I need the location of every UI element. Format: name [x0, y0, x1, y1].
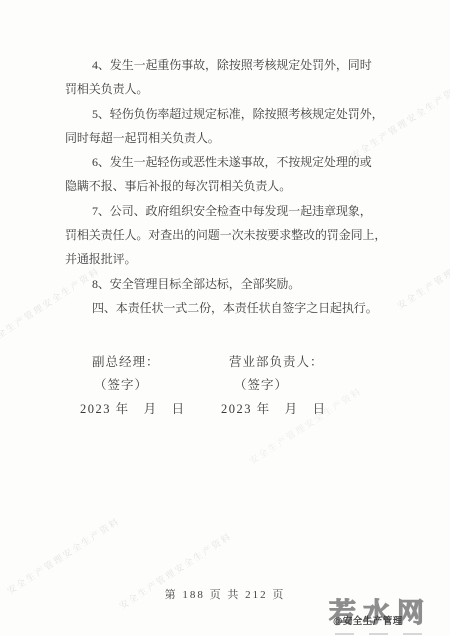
signature-date-left: 2023 年 月 日	[80, 399, 186, 417]
signature-date-right: 2023 年 月 日	[221, 399, 327, 417]
site-watermark-logo: 若水网 @安全生产管理	[329, 598, 447, 634]
signer-title-deputy-gm: 副总经理：	[92, 352, 160, 370]
logo-account-handle: @安全生产管理	[333, 613, 403, 627]
signature-placeholder-left: （签字）	[94, 375, 148, 393]
document-page: 安全生产管理安全生产资料 安全生产管理安全生产资料 安全生产管理安全生产资料 安…	[0, 0, 450, 636]
clause-line: 5、轻伤负伤率超过规定标准，除按照考核规定处罚外，	[65, 102, 383, 126]
diagonal-watermark: 安全生产管理安全生产资料	[394, 229, 450, 312]
clause-line: 7、公司、政府组织安全检查中每发现一起违章现象，	[65, 199, 383, 223]
logo-caption-marks	[335, 633, 422, 635]
diagonal-watermark: 安全生产管理安全生产资料	[4, 514, 122, 597]
clause-line: 同时每超一起罚相关负责人。	[65, 126, 383, 150]
clause-line: 四、本责任状一式二份，本责任状自签字之日起执行。	[65, 296, 383, 320]
clause-line: 罚相关负责人。	[65, 77, 383, 101]
clause-line: 4、发生一起重伤事故，除按照考核规定处罚外，同时	[65, 53, 383, 77]
diagonal-watermark: 安全生产管理安全生产资料	[246, 384, 364, 467]
clause-line: 并通报批评。	[65, 247, 383, 271]
clause-line: 隐瞒不报、事后补报的每次罚相关负责人。	[65, 174, 383, 198]
signature-placeholder-right: （签字）	[234, 375, 288, 393]
clause-line: 8、安全管理目标全部达标，全部奖励。	[65, 272, 383, 296]
clause-line: 6、发生一起轻伤或恶性未遂事故，不按规定处理的或	[65, 150, 383, 174]
clause-paragraphs: 4、发生一起重伤事故，除按照考核规定处罚外，同时罚相关负责人。5、轻伤负伤率超过…	[65, 53, 383, 320]
clause-line: 罚相关责任人。对查出的问题一次未按要求整改的罚金同上，	[65, 223, 383, 247]
signer-title-sales-dept-head: 营业部负责人：	[229, 352, 324, 370]
